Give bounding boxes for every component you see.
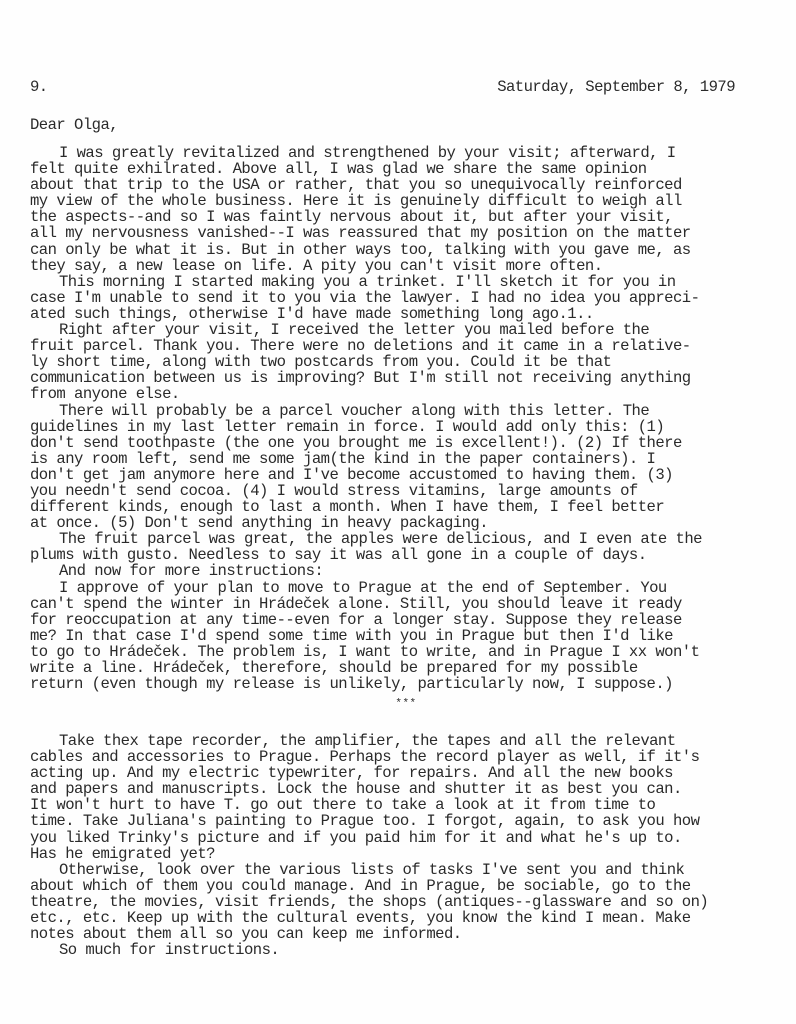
letter-date: Saturday, September 8, 1979 (497, 78, 735, 96)
text-line: This morning I started making you a trin… (30, 274, 770, 290)
text-line: can't spend the winter in Hrádeček alone… (30, 596, 770, 612)
text-line: Has he emigrated yet? (30, 846, 770, 862)
text-line: different kinds, enough to last a month.… (30, 499, 770, 515)
letter-body-section-2: Take thex tape recorder, the amplifier, … (30, 733, 770, 958)
text-line: case I'm unable to send it to you via th… (30, 290, 770, 306)
text-line: they say, a new lease on life. A pity yo… (30, 258, 770, 274)
text-line: I was greatly revitalized and strengthen… (30, 145, 770, 161)
text-line: return (even though my release is unlike… (30, 676, 770, 692)
letter-body-section-1: I was greatly revitalized and strengthen… (30, 145, 770, 692)
text-line: It won't hurt to have T. go out there to… (30, 797, 770, 813)
text-line: about that trip to the USA or rather, th… (30, 177, 770, 193)
text-line: guidelines in my last letter remain in f… (30, 419, 770, 435)
text-line: my view of the whole business. Here it i… (30, 193, 770, 209)
text-line: all my nervousness vanished--I was reass… (30, 225, 770, 241)
text-line: plums with gusto. Needless to say it was… (30, 547, 770, 563)
text-line: And now for more instructions: (30, 563, 770, 579)
text-line: I approve of your plan to move to Prague… (30, 580, 770, 596)
section-separator: *** (0, 698, 796, 710)
text-line: and papers and manuscripts. Lock the hou… (30, 781, 770, 797)
text-line: time. Take Juliana's painting to Prague … (30, 813, 770, 829)
text-line: acting up. And my electric typewriter, f… (30, 765, 770, 781)
text-line: The fruit parcel was great, the apples w… (30, 531, 770, 547)
text-line: from anyone else. (30, 386, 770, 402)
text-line: me? In that case I'd spend some time wit… (30, 628, 770, 644)
text-line: at once. (5) Don't send anything in heav… (30, 515, 770, 531)
text-line: theatre, the movies, visit friends, the … (30, 894, 770, 910)
text-line: you liked Trinky's picture and if you pa… (30, 830, 770, 846)
text-line: is any room left, send me some jam(the k… (30, 451, 770, 467)
text-line: ly short time, along with two postcards … (30, 354, 770, 370)
page-number: 9. (30, 78, 48, 96)
text-line: can only be what it is. But in other way… (30, 242, 770, 258)
text-line: you needn't send cocoa. (4) I would stre… (30, 483, 770, 499)
text-line: ated such things, otherwise I'd have mad… (30, 306, 770, 322)
letter-header: 9. Saturday, September 8, 1979 (30, 78, 735, 98)
text-line: So much for instructions. (30, 942, 770, 958)
text-line: communication between us is improving? B… (30, 370, 770, 386)
text-line: to go to Hrádeček. The problem is, I wan… (30, 644, 770, 660)
text-line: don't get jam anymore here and I've beco… (30, 467, 770, 483)
text-line: for reoccupation at any time--even for a… (30, 612, 770, 628)
text-line: cables and accessories to Prague. Perhap… (30, 749, 770, 765)
text-line: felt quite exhilrated. Above all, I was … (30, 161, 770, 177)
salutation: Dear Olga, (30, 116, 118, 134)
text-line: Otherwise, look over the various lists o… (30, 862, 770, 878)
text-line: There will probably be a parcel voucher … (30, 403, 770, 419)
text-line: Take thex tape recorder, the amplifier, … (30, 733, 770, 749)
text-line: etc., etc. Keep up with the cultural eve… (30, 910, 770, 926)
letter-page: 9. Saturday, September 8, 1979 Dear Olga… (0, 0, 796, 1024)
text-line: don't send toothpaste (the one you broug… (30, 435, 770, 451)
text-line: write a line. Hrádeček, therefore, shoul… (30, 660, 770, 676)
text-line: fruit parcel. Thank you. There were no d… (30, 338, 770, 354)
text-line: about which of them you could manage. An… (30, 878, 770, 894)
text-line: Right after your visit, I received the l… (30, 322, 770, 338)
text-line: the aspects--and so I was faintly nervou… (30, 209, 770, 225)
text-line: notes about them all so you can keep me … (30, 926, 770, 942)
